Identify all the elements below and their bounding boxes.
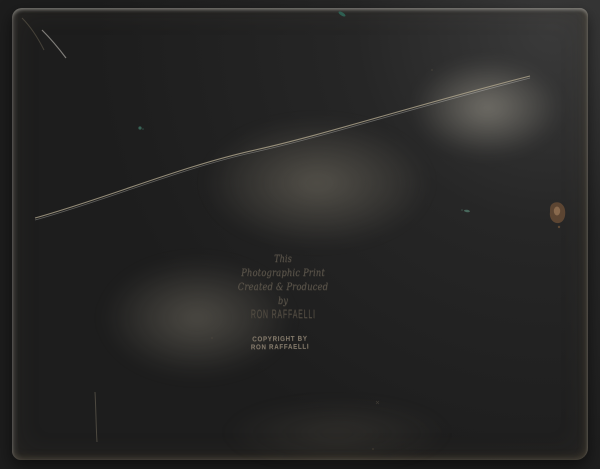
corner-scuff (42, 30, 66, 58)
photo-of-print-back: { "photo": { "maker_stamp": { "line1": "… (0, 0, 600, 469)
stamp-line-photographic-print: Photographic Print (191, 266, 375, 280)
stamp-line-artist-name: RON RAFFAELLI (191, 307, 375, 321)
speckle-dot (211, 337, 213, 339)
artist-name-text: RON RAFFAELLI (250, 307, 315, 321)
stamp-line-created-produced: Created & Produced (191, 280, 375, 294)
crease-highlight (35, 78, 530, 220)
teal-ink-mark-left (138, 126, 141, 129)
corner-crease (22, 18, 44, 50)
print-back-card: This Photographic Print Created & Produc… (12, 8, 588, 460)
teal-ink-mark-top (338, 11, 346, 18)
copyright-line-2: RON RAFFAELLI (218, 343, 341, 352)
stamp-line-this: This (191, 254, 375, 266)
speckle-dot (372, 448, 374, 450)
maker-stamp: This Photographic Print Created & Produc… (191, 254, 375, 321)
speckle-cross (376, 401, 379, 404)
copyright-stamp: COPYRIGHT BY RON RAFFAELLI (218, 335, 341, 352)
stamp-line-by: by (191, 296, 375, 307)
speckle-dot (431, 69, 433, 71)
brown-stain (550, 202, 565, 228)
teal-ink-mark-left-tail (142, 128, 144, 130)
surface-marks (12, 8, 588, 460)
teal-ink-mark-middle (464, 209, 470, 212)
teal-ink-dot (461, 209, 463, 211)
vertical-crease (95, 392, 97, 442)
